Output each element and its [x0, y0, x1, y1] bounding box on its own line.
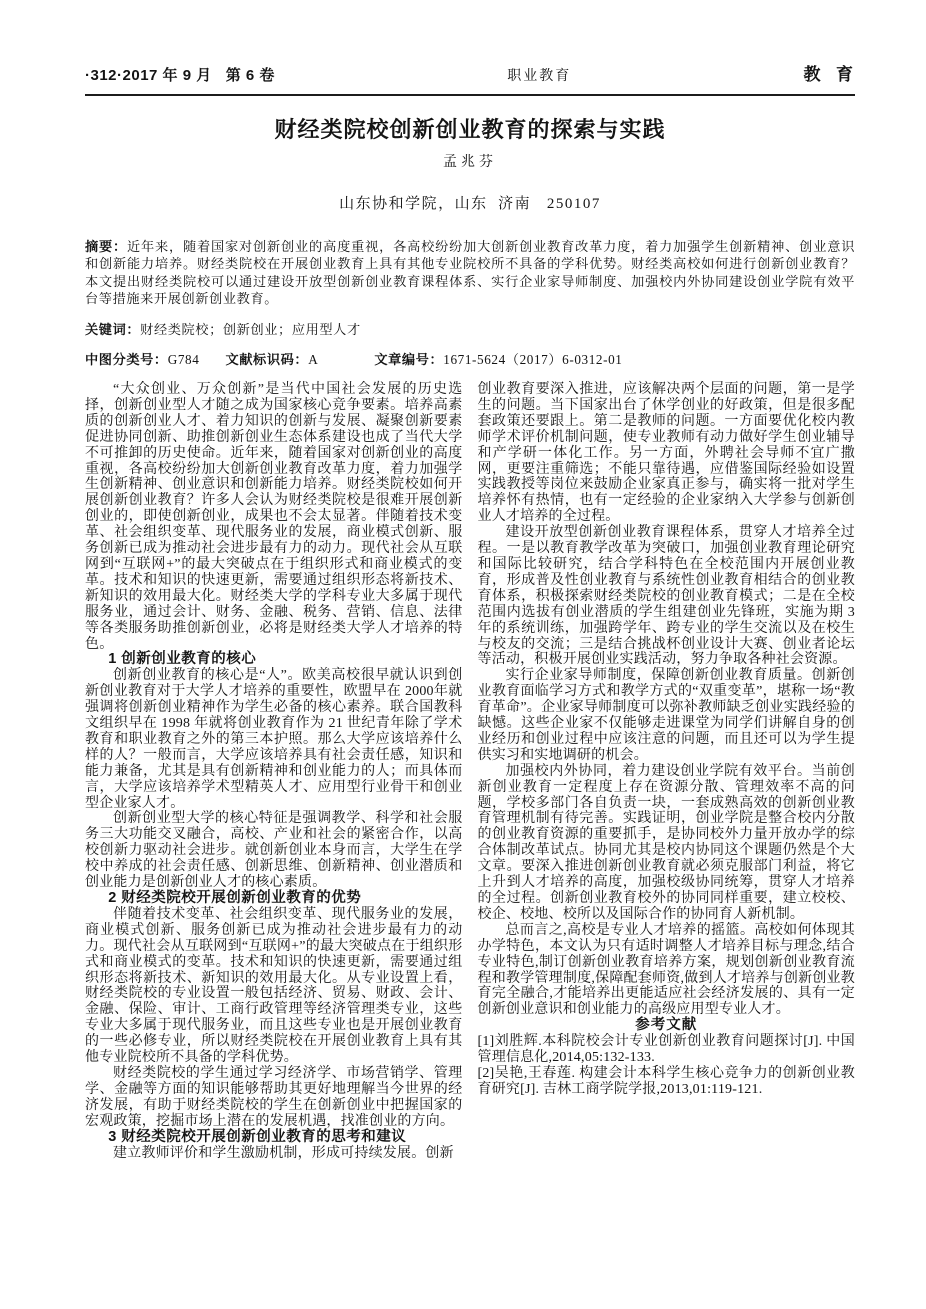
right-column: 创业教育要深入推进，应该解决两个层面的问题，第一是学生的问题。当下国家出台了休学…	[478, 382, 856, 1161]
reference-entry: [1]刘胜辉.本科院校会计专业创新创业教育问题探讨[J]. 中国管理信息化,20…	[478, 1034, 856, 1066]
two-column-body: “大众创业、万众创新”是当代中国社会发展的历史选择，创新创业型人才随之成为国家核…	[85, 382, 855, 1161]
page-number-volume: ·312·2017 年 9 月 第 6 卷	[85, 64, 275, 85]
section-heading: 2 财经类院校开展创新创业教育的优势	[85, 891, 463, 907]
abstract-text: 近年来，随着国家对创新创业的高度重视，各高校纷纷加大创新创业教育改革力度，着力加…	[85, 239, 855, 306]
references-heading: 参考文献	[478, 1018, 856, 1034]
body-paragraph: 加强校内外协同，着力建设创业学院有效平台。当前创新创业教育一定程度上存在资源分散…	[478, 764, 856, 923]
page-header: ·312·2017 年 9 月 第 6 卷 职业教育 教 育	[85, 60, 855, 96]
keywords-label: 关键词：	[85, 322, 140, 337]
body-paragraph: “大众创业、万众创新”是当代中国社会发展的历史选择，创新创业型人才随之成为国家核…	[85, 382, 463, 652]
body-paragraph: 创新创业型大学的核心特征是强调教学、科学和社会服务三大功能交叉融合，高校、产业和…	[85, 811, 463, 891]
body-paragraph: 建立教师评价和学生激励机制，形成可持续发展。创新	[85, 1146, 463, 1162]
section-heading: 3 财经类院校开展创新创业教育的思考和建议	[85, 1130, 463, 1146]
clc-label: 中图分类号：	[85, 352, 168, 367]
body-paragraph: 实行企业家导师制度，保障创新创业教育质量。创新创业教育面临学习方式和教学方式的“…	[478, 668, 856, 763]
journal-page: ·312·2017 年 9 月 第 6 卷 职业教育 教 育 财经类院校创新创业…	[0, 0, 926, 1309]
article-id-value: 1671-5624（2017）6-0312-01	[443, 352, 622, 367]
classification-line: 中图分类号：G784文献标识码：A文章编号：1671-5624（2017）6-0…	[85, 351, 855, 368]
body-paragraph: 创新创业教育的核心是“人”。欧美高校很早就认识到创新创业教育对于大学人才培养的重…	[85, 668, 463, 811]
journal-section: 职业教育	[507, 65, 571, 85]
body-paragraph: 总而言之,高校是专业人才培养的摇篮。高校如何体现其办学特色，本文认为只有适时调整…	[478, 923, 856, 1018]
body-paragraph: 财经类院校的学生通过学习经济学、市场营销学、管理学、金融等方面的知识能够帮助其更…	[85, 1066, 463, 1130]
body-paragraph: 建设开放型创新创业教育课程体系，贯穿人才培养全过程。一是以教育教学改革为突破口，…	[478, 525, 856, 668]
body-paragraph: 创业教育要深入推进，应该解决两个层面的问题，第一是学生的问题。当下国家出台了休学…	[478, 382, 856, 525]
keywords: 关键词：财经类院校；创新创业；应用型人才	[85, 321, 855, 338]
body-paragraph: 伴随着技术变革、社会组织变革、现代服务业的发展，商业模式创新、服务创新已成为推动…	[85, 907, 463, 1066]
doc-code-value: A	[308, 352, 318, 367]
author-name: 孟兆芬	[85, 151, 855, 171]
article-id-label: 文章编号：	[374, 352, 443, 367]
author-affiliation: 山东协和学院，山东 济南 250107	[85, 192, 855, 213]
article-meta: 摘要：近年来，随着国家对创新创业的高度重视，各高校纷纷加大创新创业教育改革力度，…	[85, 238, 855, 369]
keywords-text: 财经类院校；创新创业；应用型人才	[140, 322, 361, 337]
left-column: “大众创业、万众创新”是当代中国社会发展的历史选择，创新创业型人才随之成为国家核…	[85, 382, 463, 1161]
journal-name: 教 育	[804, 60, 855, 85]
section-heading: 1 创新创业教育的核心	[85, 652, 463, 668]
doc-code-label: 文献标识码：	[225, 352, 308, 367]
clc-value: G784	[168, 352, 200, 367]
article-title: 财经类院校创新创业教育的探索与实践	[85, 113, 855, 144]
abstract-label: 摘要：	[85, 239, 127, 254]
abstract: 摘要：近年来，随着国家对创新创业的高度重视，各高校纷纷加大创新创业教育改革力度，…	[85, 238, 855, 308]
reference-entry: [2]吴艳,王春莲. 构建会计本科学生核心竞争力的创新创业教育研究[J]. 吉林…	[478, 1066, 856, 1098]
